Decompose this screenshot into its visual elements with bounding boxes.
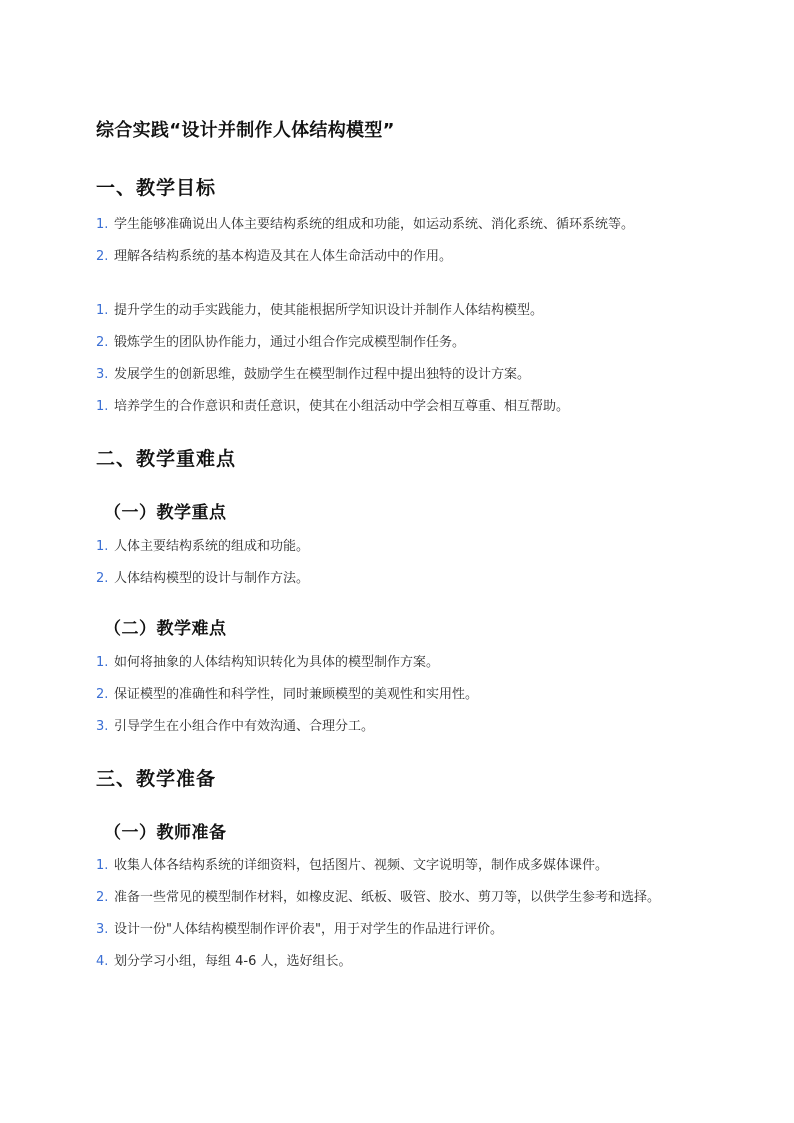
list-item: 3.引导学生在小组合作中有效沟通、合理分工。	[96, 714, 691, 739]
subsection-heading-teacher-prep: （一）教师准备	[104, 818, 227, 843]
list-item: 2.理解各结构系统的基本构造及其在人体生命活动中的作用。	[96, 244, 691, 269]
section-heading-key-points: 二、教学重难点	[96, 444, 236, 471]
list-item: 2.保证模型的准确性和科学性，同时兼顾模型的美观性和实用性。	[96, 682, 691, 707]
list-item-text: 发展学生的创新思维，鼓励学生在模型制作过程中提出独特的设计方案。	[114, 367, 530, 382]
list-item-text: 人体主要结构系统的组成和功能。	[114, 539, 309, 554]
list-item: 1.如何将抽象的人体结构知识转化为具体的模型制作方案。	[96, 650, 691, 675]
list-number: 2.	[96, 682, 108, 707]
list-number: 2.	[96, 885, 108, 910]
list-item-text: 引导学生在小组合作中有效沟通、合理分工。	[114, 719, 374, 734]
list-number: 1.	[96, 298, 108, 323]
list-item-text: 划分学习小组，每组 4-6 人，选好组长。	[114, 954, 352, 969]
list-item: 1.人体主要结构系统的组成和功能。	[96, 534, 691, 559]
list-item: 4.划分学习小组，每组 4-6 人，选好组长。	[96, 949, 691, 974]
list-item: 3.设计一份"人体结构模型制作评价表"，用于对学生的作品进行评价。	[96, 917, 691, 942]
document-title: 综合实践“设计并制作人体结构模型”	[96, 116, 395, 142]
list-item-text: 锻炼学生的团队协作能力，通过小组合作完成模型制作任务。	[114, 335, 465, 350]
difficult-points-list: 1.如何将抽象的人体结构知识转化为具体的模型制作方案。 2.保证模型的准确性和科…	[96, 650, 691, 746]
list-item-text: 提升学生的动手实践能力，使其能根据所学知识设计并制作人体结构模型。	[114, 303, 543, 318]
list-item: 2.锻炼学生的团队协作能力，通过小组合作完成模型制作任务。	[96, 330, 691, 355]
list-number: 1.	[96, 853, 108, 878]
list-item: 1.学生能够准确说出人体主要结构系统的组成和功能，如运动系统、消化系统、循环系统…	[96, 212, 691, 237]
list-item-text: 人体结构模型的设计与制作方法。	[114, 571, 309, 586]
list-number: 3.	[96, 714, 108, 739]
list-item-text: 学生能够准确说出人体主要结构系统的组成和功能，如运动系统、消化系统、循环系统等。	[114, 217, 634, 232]
teacher-preparation-list: 1.收集人体各结构系统的详细资料，包括图片、视频、文字说明等，制作成多媒体课件。…	[96, 853, 691, 981]
objectives-list-skills: 1.提升学生的动手实践能力，使其能根据所学知识设计并制作人体结构模型。 2.锻炼…	[96, 298, 691, 394]
list-item-text: 如何将抽象的人体结构知识转化为具体的模型制作方案。	[114, 655, 439, 670]
list-item: 1.培养学生的合作意识和责任意识，使其在小组活动中学会相互尊重、相互帮助。	[96, 394, 691, 419]
list-number: 4.	[96, 949, 108, 974]
list-item-text: 理解各结构系统的基本构造及其在人体生命活动中的作用。	[114, 249, 452, 264]
section-heading-objectives: 一、教学目标	[96, 173, 216, 200]
list-number: 3.	[96, 917, 108, 942]
list-number: 1.	[96, 394, 108, 419]
list-item-text: 收集人体各结构系统的详细资料，包括图片、视频、文字说明等，制作成多媒体课件。	[114, 858, 608, 873]
list-item: 1.收集人体各结构系统的详细资料，包括图片、视频、文字说明等，制作成多媒体课件。	[96, 853, 691, 878]
list-number: 1.	[96, 212, 108, 237]
objectives-list-attitude: 1.培养学生的合作意识和责任意识，使其在小组活动中学会相互尊重、相互帮助。	[96, 394, 691, 426]
list-item: 3.发展学生的创新思维，鼓励学生在模型制作过程中提出独特的设计方案。	[96, 362, 691, 387]
list-item: 1.提升学生的动手实践能力，使其能根据所学知识设计并制作人体结构模型。	[96, 298, 691, 323]
list-number: 2.	[96, 244, 108, 269]
list-item-text: 设计一份"人体结构模型制作评价表"，用于对学生的作品进行评价。	[114, 922, 503, 937]
list-item-text: 准备一些常见的模型制作材料，如橡皮泥、纸板、吸管、胶水、剪刀等，以供学生参考和选…	[114, 890, 660, 905]
list-number: 1.	[96, 650, 108, 675]
key-points-list: 1.人体主要结构系统的组成和功能。 2.人体结构模型的设计与制作方法。	[96, 534, 691, 598]
list-item: 2.人体结构模型的设计与制作方法。	[96, 566, 691, 591]
list-number: 1.	[96, 534, 108, 559]
list-number: 2.	[96, 566, 108, 591]
list-item-text: 培养学生的合作意识和责任意识，使其在小组活动中学会相互尊重、相互帮助。	[114, 399, 569, 414]
subsection-heading-key: （一）教学重点	[104, 498, 227, 523]
list-number: 2.	[96, 330, 108, 355]
subsection-heading-difficult: （二）教学难点	[104, 614, 227, 639]
list-item: 2.准备一些常见的模型制作材料，如橡皮泥、纸板、吸管、胶水、剪刀等，以供学生参考…	[96, 885, 691, 910]
list-item-text: 保证模型的准确性和科学性，同时兼顾模型的美观性和实用性。	[114, 687, 478, 702]
list-number: 3.	[96, 362, 108, 387]
section-heading-preparation: 三、教学准备	[96, 764, 216, 791]
objectives-list-knowledge: 1.学生能够准确说出人体主要结构系统的组成和功能，如运动系统、消化系统、循环系统…	[96, 212, 691, 276]
